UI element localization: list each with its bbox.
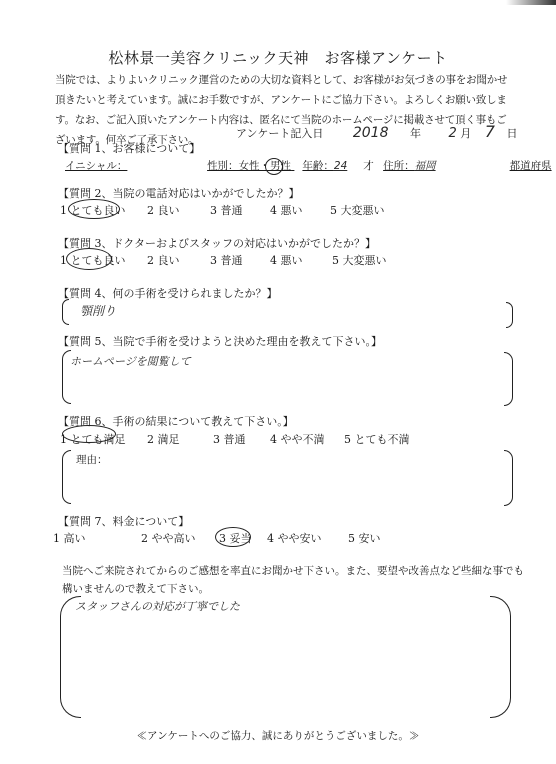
gender-field[interactable]: 性別：女性・男性 [207,160,294,172]
q3-heading: 【質問 3、ドクターおよびスタッフの対応はいかがでしたか？】 [58,235,376,251]
q7-option-1[interactable]: 1 高い [53,530,86,546]
date-month-unit: 月 [460,127,471,140]
q6-option-2[interactable]: 2 満足 [147,431,180,447]
date-year-unit: 年 [410,127,421,140]
q4-answer[interactable]: 顎削り [80,302,116,319]
age-label: 年齢： [302,160,334,172]
q2-selected-circle [68,199,120,219]
q5-bracket-right [504,352,513,406]
date-label: アンケート記入日 [236,127,323,140]
q6-option-5[interactable]: 5 とても不満 [344,431,410,447]
q2-option-5[interactable]: 5 大変悪い [330,202,385,218]
q2-option-3[interactable]: 3 普通 [210,202,243,218]
address-unit: 都道府県 [510,160,552,172]
q3-option-4[interactable]: 4 悪い [270,252,303,268]
q5-answer[interactable]: ホームページを閲覧して [70,353,191,369]
q1-fields: イニシャル： 性別：女性・男性 年齢：24 才 住所：福岡都道府県 [65,158,552,173]
q4-bracket-right [506,302,513,328]
q7-option-4[interactable]: 4 やや安い [267,530,322,546]
q3-option-5[interactable]: 5 大変悪い [332,252,387,268]
q1-heading: 【質問 1、お客様について】 [58,140,200,156]
address-field[interactable]: 福岡 [415,158,510,173]
q4-bracket-left [62,299,69,325]
q2-option-2[interactable]: 2 良い [147,202,180,218]
initial-label: イニシャル： [65,160,127,172]
age-unit: 才 [363,160,374,172]
comments-answer[interactable]: スタッフさんの対応が丁寧でした [75,598,240,614]
comments-prompt-line1: 当院へご来院されてからのご感想を率直にお聞かせ下さい。また、要望や改善点など些細… [62,563,524,578]
comments-bracket-right [490,596,511,718]
q6-option-4[interactable]: 4 やや不満 [270,431,325,447]
comments-prompt-line2: 構いませんので教えて下さい。 [62,581,209,596]
q3-option-2[interactable]: 2 良い [147,252,180,268]
q4-heading: 【質問 4、何の手術を受けられましたか？】 [58,285,278,301]
q6-selected-circle [62,425,116,443]
q3-options: 1 とても良い 2 良い 3 普通 4 悪い 5 大変悪い [60,252,480,270]
q6-options: 1 とても満足 2 満足 3 普通 4 やや不満 5 とても不満 [60,431,480,449]
q7-option-5[interactable]: 5 安い [348,530,381,546]
scan-artifact [506,0,556,5]
q6-bracket-right [504,450,513,506]
survey-title: 松林景一美容クリニック天神 お客様アンケート [0,47,556,68]
q3-option-3[interactable]: 3 普通 [210,252,243,268]
q6-option-3[interactable]: 3 普通 [213,431,246,447]
q2-options: 1 とても良い 2 良い 3 普通 4 悪い 5 大変悪い [60,202,480,220]
survey-date: アンケート記入日 2018 年 2 月 7 日 [236,122,517,141]
address-label: 住所： [383,160,415,172]
comments-bracket-left [60,596,81,718]
q7-selected-circle [215,527,251,547]
thank-you-footer: ≪アンケートへのご協力、誠にありがとうございました。≫ [0,728,556,743]
q6-bracket-left [62,450,71,504]
q7-option-2[interactable]: 2 やや高い [141,530,196,546]
q5-heading: 【質問 5、当院で手術を受けようと決めた理由を教えて下さい。】 [58,333,382,349]
date-day[interactable]: 7 [485,122,495,141]
q3-selected-circle [66,248,112,270]
q6-reason-field[interactable] [110,452,490,492]
date-month[interactable]: 2 [448,126,456,141]
q2-option-4[interactable]: 4 悪い [270,202,303,218]
q7-heading: 【質問 7、料金について】 [58,513,189,529]
q6-reason-label: 理由： [76,452,108,467]
date-day-unit: 日 [506,127,517,140]
age-field[interactable]: 24 [334,160,360,172]
q7-options: 1 高い 2 やや高い 3 妥当 4 やや安い 5 安い [53,530,473,548]
gender-selected-circle [265,158,283,175]
date-year[interactable]: 2018 [353,125,389,141]
